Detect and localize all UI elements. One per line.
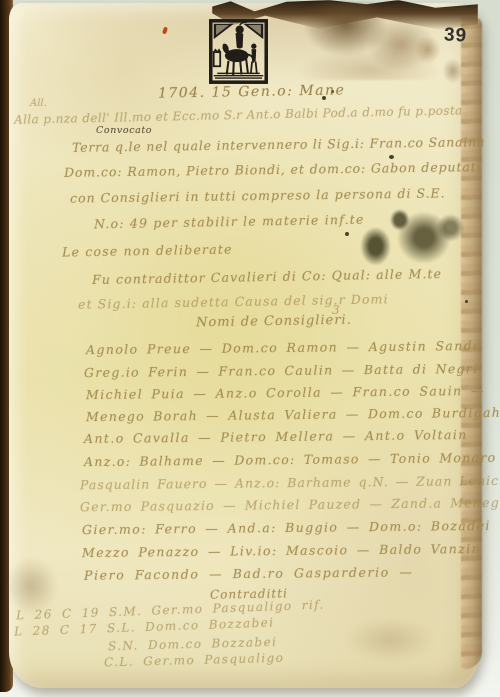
- manuscript-photo: { "scene": { "description": "Scanned pag…: [0, 0, 500, 697]
- horseman-woodcut-icon: [209, 19, 268, 84]
- woodcut-horseman-stamp: [209, 19, 268, 84]
- ink-speck: [465, 300, 468, 303]
- date-line: 1704. 15 Gen.o: Mane: [158, 82, 346, 101]
- ink-speck: [345, 232, 349, 236]
- manuscript-line: Le cose non deliberate: [62, 242, 233, 260]
- folio-number: 39: [443, 24, 467, 47]
- council-header: Nomi de Consiglieri.: [196, 313, 352, 331]
- margin-note: All.: [30, 98, 47, 109]
- insertion-note: Convocato: [96, 125, 152, 136]
- ink-speck: [389, 155, 394, 159]
